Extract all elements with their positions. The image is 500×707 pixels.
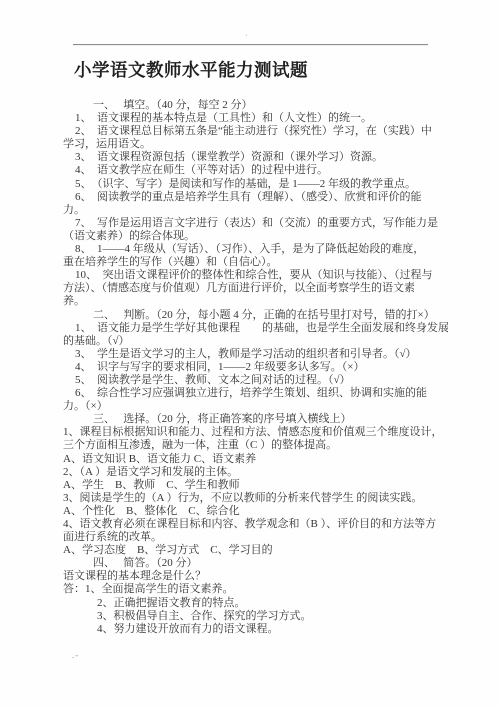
text-line: 方法）、（情感态度与价值观）几方面进行评价，以全面考察学生的语文素: [63, 282, 448, 295]
text-line: 三、 选择。（20 分，将正确答案的序号填入横线上）: [63, 413, 448, 426]
text-line: 一、 填空。（40 分，每空 2 分）: [63, 99, 448, 112]
text-line: 3、阅读是学生的（A ）行为，不应以教师的分析来代替学生 的阅读实践。: [63, 492, 448, 505]
text-line: （语文素养）的综合体现。: [63, 230, 448, 243]
header-divider: [73, 44, 428, 45]
text-line: 4、语文教育必须在课程目标和内容、教学观念和（B ）、评价目的和方法等方: [63, 518, 448, 531]
page-title: 小学语文教师水平能力测试题: [74, 57, 308, 82]
text-line: 5、 （识字、写字）是阅读和写作的基础，是 1——2 年级的教学重点。: [63, 178, 448, 191]
text-line: 养。: [63, 295, 448, 308]
text-line: 5、 阅读教学是学生、教师、文本之间对话的过程。（√）: [63, 374, 448, 387]
text-line: 2、（A ）是语文学习和发展的主体。: [63, 466, 448, 479]
text-line: 8、 1——4 年级从（写话）、（习作）、入手，是为了降低起始段的难度，: [63, 243, 448, 256]
text-line: 1、 语文能力是学生学好其他课程 的基础，也是学生全面发展和终身发展: [63, 322, 448, 335]
document-body: 一、 填空。（40 分，每空 2 分）1、 语文课程的基本特点是（工具性）和（人…: [63, 99, 448, 636]
text-line: 四、 简答。（20 分）: [63, 557, 448, 570]
text-line: 1、课程目标根据知识和能力、过程和方法、情感态度和价值观三个维度设计，: [63, 426, 448, 439]
text-line: A、学生 B、教师 C、学生和教师: [63, 479, 448, 492]
text-line: 学习，运用语文。: [63, 138, 448, 151]
text-line: 二、 判断。（20 分，每小题 4 分，正确的在括号里打对号，错的打×）: [63, 309, 448, 322]
document-page: · 小学语文教师水平能力测试题 一、 填空。（40 分，每空 2 分）1、 语文…: [0, 0, 500, 707]
text-line: 重在培养学生的写作（兴趣）和（自信心）。: [63, 256, 448, 269]
text-line: 2、 语文课程总目标第五条是“能主动进行（探究性）学习，在（实践）中: [63, 125, 448, 138]
text-line: A、个性化 B、整体化 C、综合化: [63, 505, 448, 518]
text-line: 语文课程的基本理念是什么？: [63, 570, 448, 583]
text-line: A、学习态度 B、学习方式 C、学习目的: [63, 544, 448, 557]
text-line: 力。: [63, 204, 448, 217]
text-line: 10、 突出语文课程评价的整体性和综合性，要从（知识与技能）、（过程与: [63, 269, 448, 282]
text-line: 三个方面相互渗透，融为一体，注重（C ）的整体提高。: [63, 439, 448, 452]
text-line: 2、正确把握语文教育的特点。: [63, 597, 448, 610]
text-line: 3、积极倡导自主、合作、探究的学习方式。: [63, 610, 448, 623]
text-line: 6、 阅读教学的重点是培养学生具有（理解）、（感受）、欣赏和评价的能: [63, 191, 448, 204]
text-line: 7、 写作是运用语言文字进行（表达）和（交流）的重要方式，写作能力是: [63, 217, 448, 230]
text-line: 3、 语文课程资源包括（课堂教学）资源和（课外学习）资源。: [63, 151, 448, 164]
text-line: 力。（×）: [63, 400, 448, 413]
top-dot-mark: ·: [245, 31, 248, 40]
text-line: A、语文知识 B、语文能力 C、语文素养: [63, 453, 448, 466]
text-line: 3、 学生是语文学习的主人，教师是学习活动的组织者和引导者。（√）: [63, 348, 448, 361]
text-line: 答：1、全面提高学生的语文素养。: [63, 583, 448, 596]
text-line: 的基础。（√）: [63, 335, 448, 348]
text-line: 1、 语文课程的基本特点是（工具性）和（人文性）的统一。: [63, 112, 448, 125]
text-line: 面进行系统的改革。: [63, 531, 448, 544]
text-line: 4、 语文教学应在师生（平等对话）的过程中进行。: [63, 164, 448, 177]
text-line: 4、 识字与写字的要求相同，1——2 年级要多认多写。（×）: [63, 361, 448, 374]
footer-mark: .-: [72, 650, 79, 660]
text-line: 4、努力建设开放而有力的语文课程。: [63, 623, 448, 636]
text-line: 6、 综合性学习应强调独立进行，培养学生策划、组织、协调和实施的能: [63, 387, 448, 400]
